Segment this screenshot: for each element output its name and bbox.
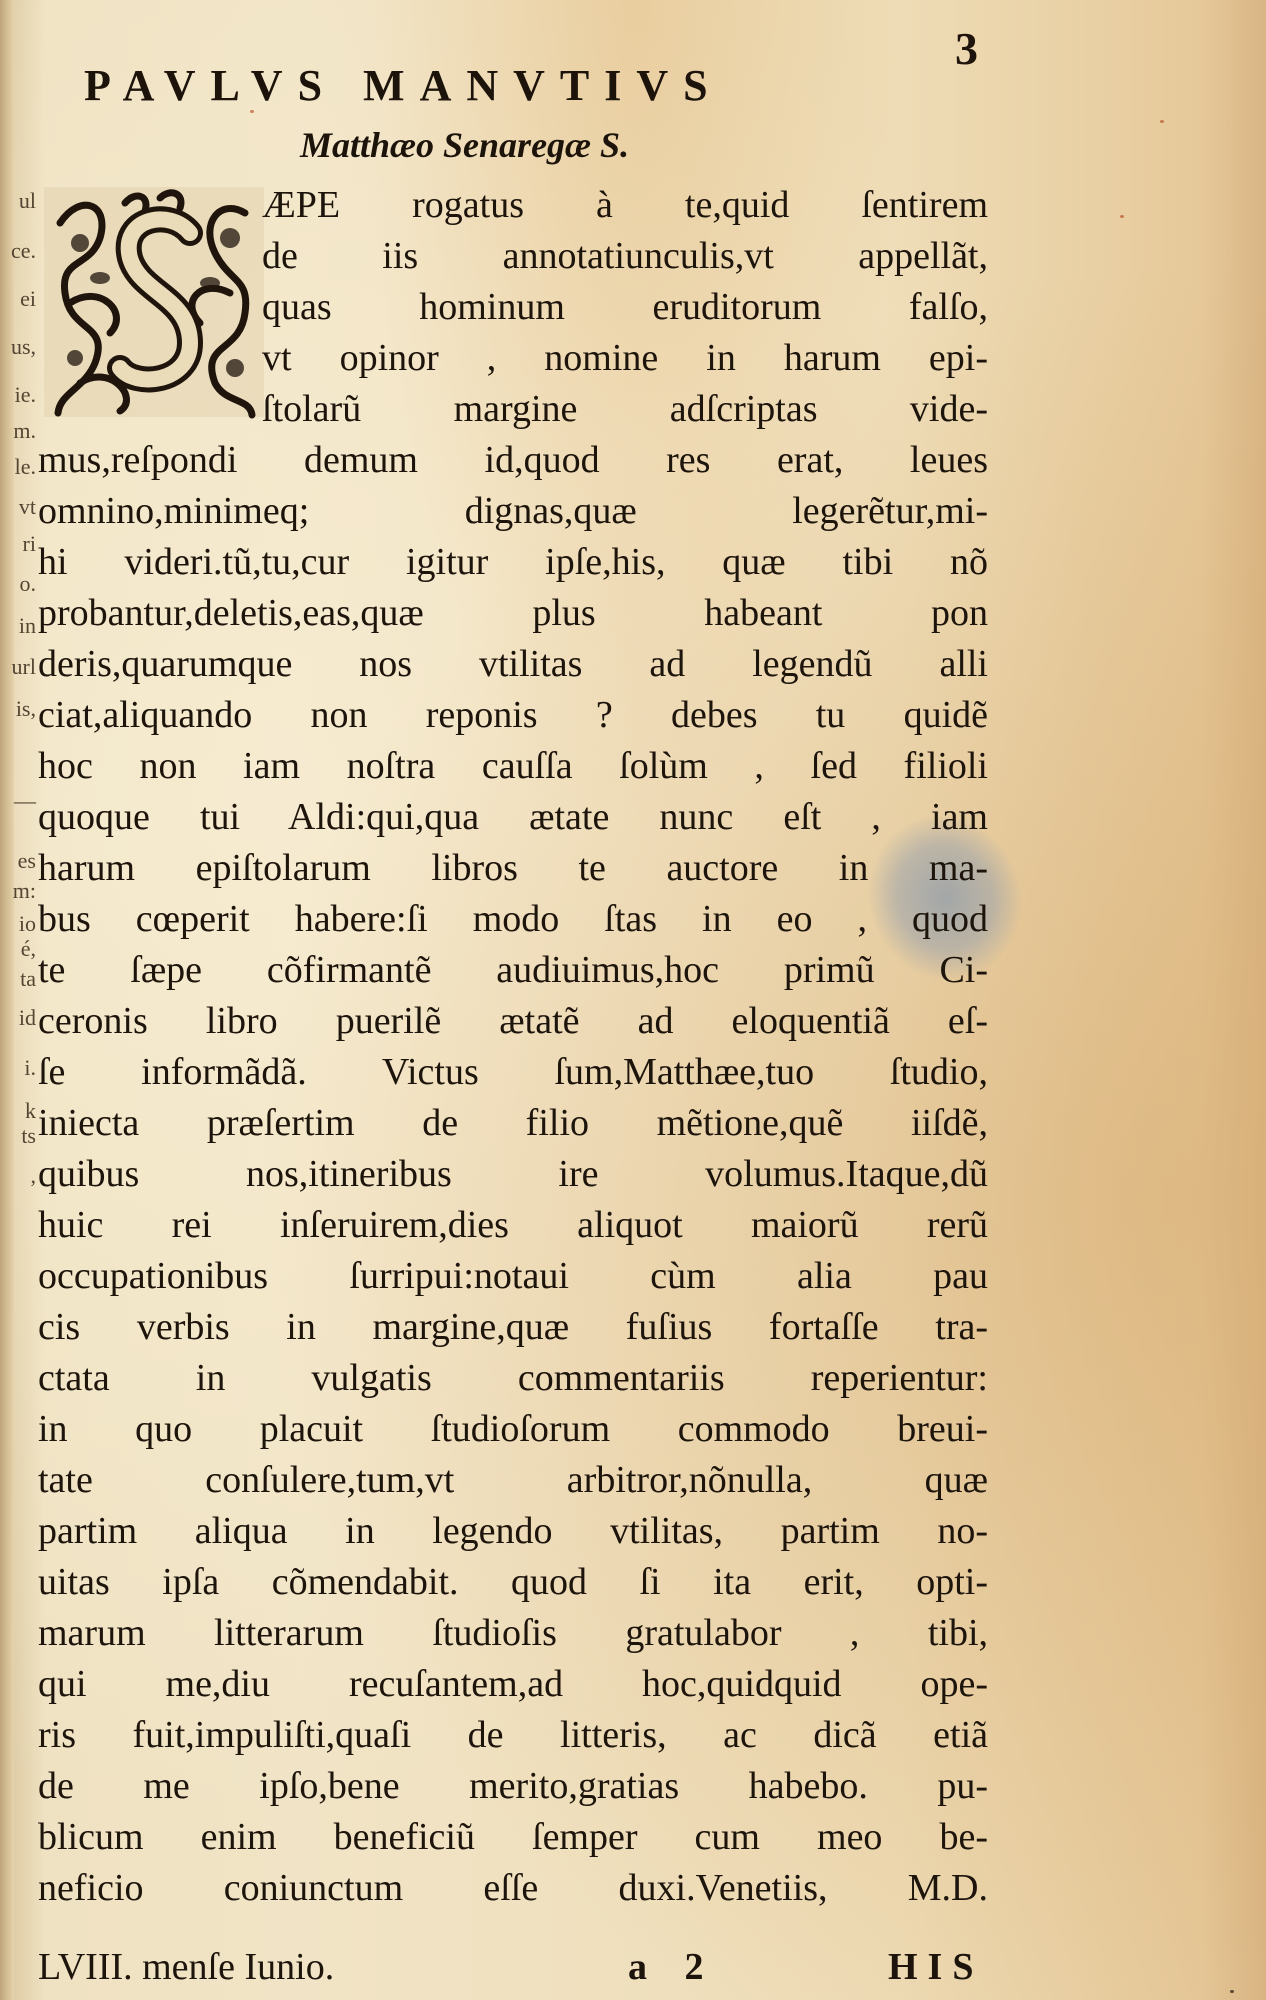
body-line: te ſæpe cõfirmantẽ audiuimus,hoc primũ C… — [38, 945, 988, 996]
margin-fragment: m. — [0, 420, 36, 442]
body-line: neficio coniunctum eſſe duxi.Venetiis, M… — [38, 1863, 988, 1914]
margin-fragment: vt — [0, 496, 36, 518]
margin-fragment: ri — [0, 533, 36, 555]
body-line: vt opinor , nomine in harum epi- — [38, 333, 988, 384]
paper-speck — [1160, 120, 1164, 123]
body-line: ÆPE rogatus à te,quid ſentirem — [38, 180, 988, 231]
margin-fragment: — — [0, 790, 36, 812]
page-subheading: Matthæo Senaregæ S. — [300, 124, 629, 166]
margin-fragment: ei — [0, 288, 36, 310]
body-line: hoc non iam noſtra cauſſa ſolùm , ſed fi… — [38, 741, 988, 792]
closing-date-line: LVIII. menſe Iunio. — [38, 1946, 334, 1988]
body-line: huic rei inſeruirem,dies aliquot maiorũ … — [38, 1200, 988, 1251]
body-line: blicum enim beneficiũ ſemper cum meo be- — [38, 1812, 988, 1863]
body-line: ſtolarũ margine adſcriptas vide- — [38, 384, 988, 435]
margin-fragment: ts — [0, 1125, 36, 1147]
margin-fragment: es — [0, 850, 36, 872]
body-line: ctata in vulgatis commentariis reperient… — [38, 1353, 988, 1404]
body-line: occupationibus ſurripui:notaui cùm alia … — [38, 1251, 988, 1302]
body-line: partim aliqua in legendo vtilitas, parti… — [38, 1506, 988, 1557]
margin-fragment: is, — [0, 698, 36, 720]
page-heading: PAVLVS MANVTIVS — [84, 60, 904, 111]
body-line: ris fuit,impuliſti,quaſi de litteris, ac… — [38, 1710, 988, 1761]
margin-fragment: ta — [0, 968, 36, 990]
body-line: uitas ipſa cõmendabit. quod ſi ita erit,… — [38, 1557, 988, 1608]
body-line: quas hominum eruditorum falſo, — [38, 282, 988, 333]
body-line: ciat,aliquando non reponis ? debes tu qu… — [38, 690, 988, 741]
margin-fragment: in — [0, 615, 36, 637]
paper-speck — [250, 110, 254, 113]
body-line: iniecta præſertim de filio mẽtione,quẽ i… — [38, 1098, 988, 1149]
body-line: quibus nos,itineribus ire volumus.Itaque… — [38, 1149, 988, 1200]
margin-fragment: , — [0, 1165, 36, 1187]
body-line: hi videri.tũ,tu,cur igitur ipſe,his, quæ… — [38, 537, 988, 588]
body-line: ceronis libro puerilẽ ætatẽ ad eloquenti… — [38, 996, 988, 1047]
margin-fragment: é, — [0, 938, 36, 960]
signature-mark: a 2 — [628, 1945, 718, 1989]
body-line: omnino,minimeq; dignas,quæ legerẽtur,mi- — [38, 486, 988, 537]
body-line: cis verbis in margine,quæ fuſius fortaſſ… — [38, 1302, 988, 1353]
body-line: de me ipſo,bene merito,gratias habebo. p… — [38, 1761, 988, 1812]
margin-fragment: ce. — [0, 240, 36, 262]
margin-fragment: url — [0, 656, 36, 678]
margin-fragment: ie. — [0, 384, 36, 406]
paper-speck — [1120, 215, 1124, 218]
body-line: ſe informãdã. Victus ſum,Matthæe,tuo ſtu… — [38, 1047, 988, 1098]
margin-fragment: ul — [0, 190, 36, 212]
body-line: marum litterarum ſtudioſis gratulabor , … — [38, 1608, 988, 1659]
book-page: ul ce. ei us, ie. m. le. vt ri o. in url… — [0, 0, 1266, 2000]
margin-fragment: m: — [0, 880, 36, 902]
body-line: deris,quarumque nos vtilitas ad legendũ … — [38, 639, 988, 690]
margin-fragment: o. — [0, 573, 36, 595]
catchword: HIS — [888, 1945, 983, 1989]
margin-fragment: us, — [0, 336, 36, 358]
margin-fragment: i. — [0, 1057, 36, 1079]
body-line: probantur,deletis,eas,quæ plus habeant p… — [38, 588, 988, 639]
body-line: tate conſulere,tum,vt arbitror,nõnulla, … — [38, 1455, 988, 1506]
body-line: de iis annotatiunculis,vt appellãt, — [38, 231, 988, 282]
body-line: qui me,diu recuſantem,ad hoc,quidquid op… — [38, 1659, 988, 1710]
body-line: bus cœperit habere:ſi modo ſtas in eo , … — [38, 894, 988, 945]
page-footer: LVIII. menſe Iunio. a 2 HIS — [38, 1945, 988, 1989]
margin-fragment: id — [0, 1007, 36, 1029]
paper-speck — [1230, 1990, 1234, 1993]
page-number: 3 — [955, 22, 978, 75]
letter-body: ÆPE rogatus à te,quid ſentirem de iis an… — [38, 180, 988, 1914]
margin-fragment: k — [0, 1100, 36, 1122]
body-line: mus,reſpondi demum id,quod res erat, leu… — [38, 435, 988, 486]
body-line: quoque tui Aldi:qui,qua ætate nunc eſt ,… — [38, 792, 988, 843]
margin-fragment: io — [0, 913, 36, 935]
body-line: in quo placuit ſtudioſorum commodo breui… — [38, 1404, 988, 1455]
margin-fragment: le. — [0, 456, 36, 478]
body-line: harum epiſtolarum libros te auctore in m… — [38, 843, 988, 894]
